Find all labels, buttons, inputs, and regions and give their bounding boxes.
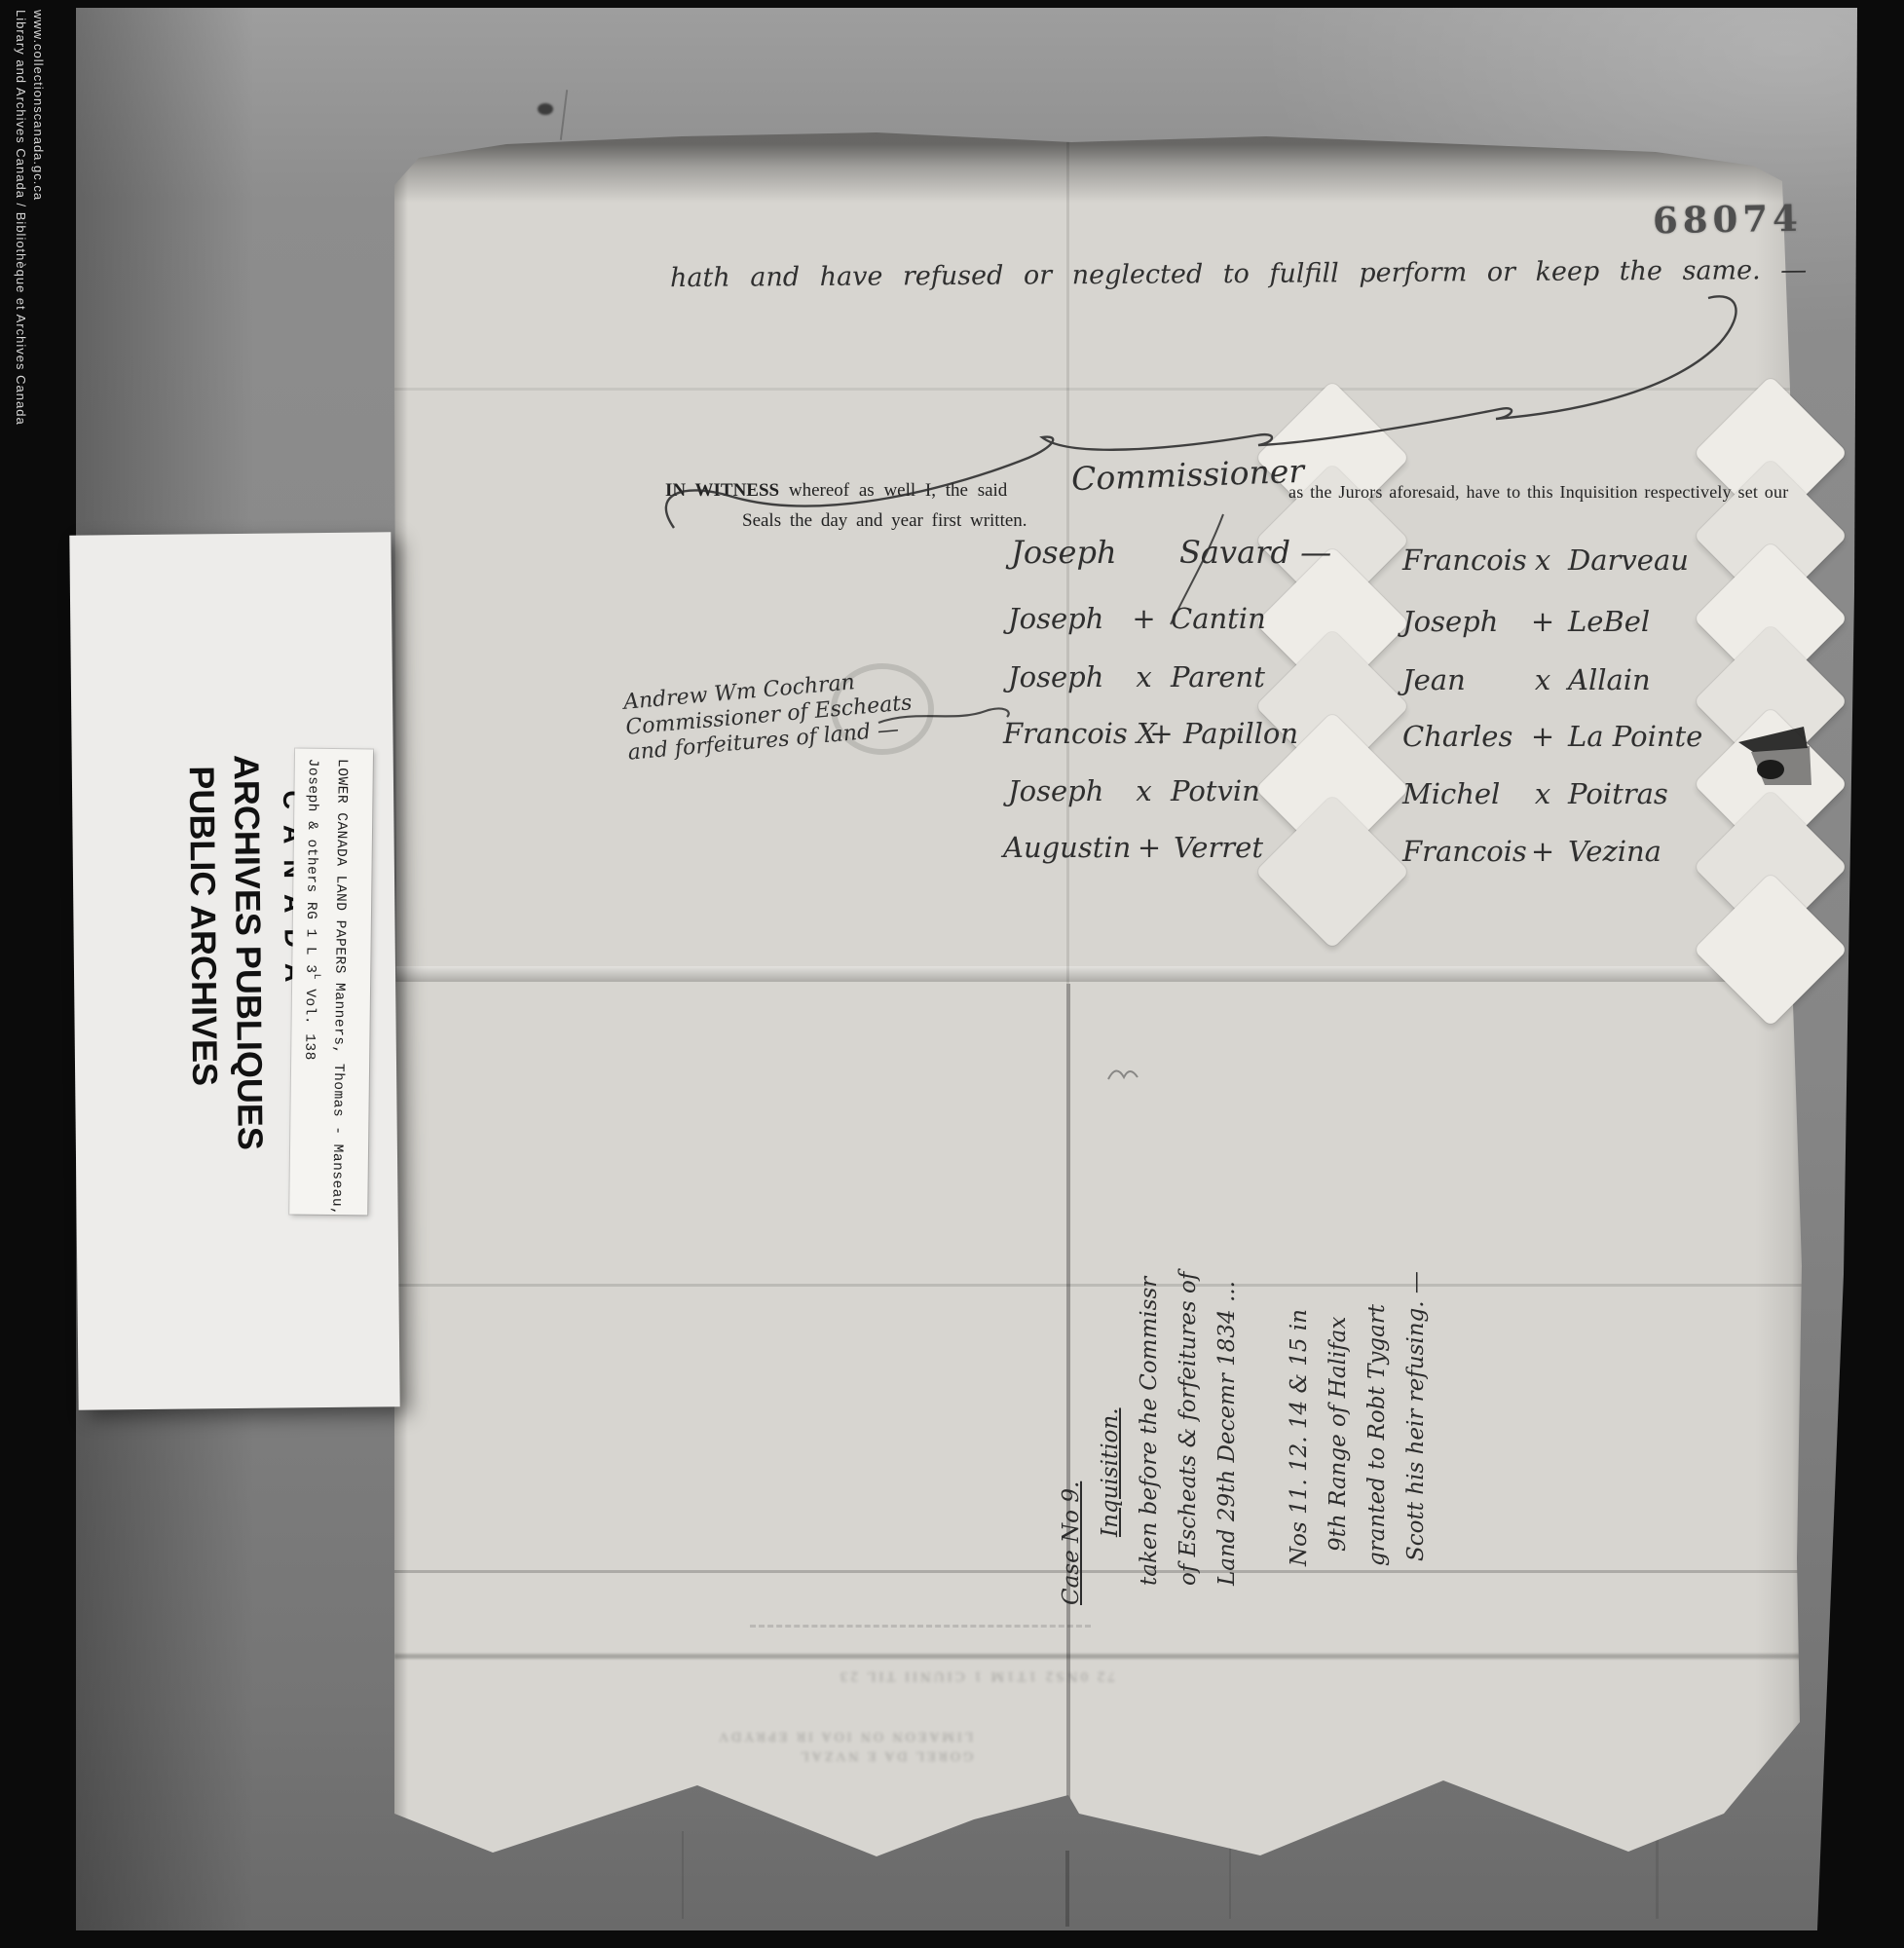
witness-clause-line1: IN WITNESS whereof as well I, the said: [665, 480, 1007, 502]
signature-mark: +: [1517, 835, 1568, 868]
signature-surname: Allain: [1568, 663, 1651, 696]
signature-row: Joseph + Cantin: [1008, 602, 1266, 635]
signature-surname: Verret: [1174, 831, 1263, 864]
docket-endorsement: Case No 9. Inquisition. taken before the…: [1052, 1274, 1480, 1605]
docket-line: 9th Range of Halifax: [1319, 1274, 1358, 1552]
bleedthrough-line: LIMAEON ON IOA IR EPRYDV: [716, 1726, 973, 1745]
docket-case-number: Case No 9.: [1052, 1274, 1091, 1605]
signature-mark: +: [1125, 831, 1174, 864]
docket-gap: [1247, 1274, 1280, 1605]
signature-mark: x: [1517, 777, 1568, 810]
signature-surname: Potvin: [1171, 774, 1260, 807]
bleedthrough-text: 72 0NS2 1T1M 1 CIUNII TIL 23: [838, 1667, 1115, 1684]
signature-given: Joseph: [1008, 774, 1117, 807]
signature-mark: x: [1117, 774, 1171, 807]
signature-surname: Vezina: [1568, 835, 1661, 868]
fold-crease-2: [394, 966, 1811, 982]
signature-row: Joseph Savard —: [1011, 534, 1331, 571]
signature-surname: Savard —: [1179, 534, 1331, 571]
envelope-title-english: PUBLIC ARCHIVES: [181, 766, 225, 1086]
signature-mark: +: [1517, 720, 1568, 753]
signature-mark: +: [1517, 605, 1568, 638]
fold-crease-1: [394, 388, 1811, 391]
inserted-word-commissioner: Commissioner: [1070, 452, 1304, 498]
witness-clause-line1-after: as the Jurors aforesaid, have to this In…: [1288, 482, 1788, 503]
bleedthrough-text: GOREL DA E NVZAL LIMAEON ON IOA IR EPRYD…: [716, 1726, 973, 1765]
document-sheet: [394, 127, 1811, 1870]
signature-row: Francois x Darveau: [1402, 543, 1689, 577]
file-label-line1: LOWER CANADA LAND PAPERS Manners, Thomas…: [328, 759, 350, 1216]
docket-line: Nos 11. 12. 14 & 15 in: [1280, 1274, 1319, 1566]
signature-row: Augustin + Verret: [1003, 831, 1263, 864]
signature-row: Joseph x Parent: [1008, 660, 1265, 693]
bleedthrough-line: GOREL DA E NVZAL: [716, 1745, 973, 1765]
signature-given: Francois X.: [1003, 717, 1139, 750]
backing-streak-2: [682, 1831, 684, 1919]
signature-surname: LeBel: [1568, 605, 1650, 638]
scanned-archive-photo: Library and Archives Canada / Bibliothèq…: [0, 0, 1904, 1948]
signature-given: Francois: [1402, 835, 1517, 868]
signature-mark: x: [1517, 543, 1568, 577]
backing-streak-3: [1229, 1841, 1231, 1919]
signature-surname: La Pointe: [1568, 720, 1702, 753]
backing-hole-spot: [538, 103, 553, 115]
signature-surname: Cantin: [1171, 602, 1266, 635]
signature-row: Charles + La Pointe: [1402, 720, 1702, 753]
signature-surname: Darveau: [1568, 543, 1689, 577]
signature-row: Joseph x Potvin: [1008, 774, 1260, 807]
file-label-line2-text: Joseph & others RG 1 L 3: [302, 759, 320, 974]
file-label-volume: Vol. 138: [301, 980, 317, 1061]
signature-mark: x: [1117, 660, 1171, 693]
signature-mark: +: [1139, 717, 1183, 750]
signature-given: Michel: [1402, 777, 1517, 810]
docket-line: Scott his heir refusing. —: [1397, 1274, 1436, 1561]
signature-mark: x: [1517, 663, 1568, 696]
page-number-stamp: 68074: [1653, 197, 1803, 243]
docket-title: Inquisition.: [1091, 1274, 1130, 1537]
signature-given: Joseph: [1008, 602, 1117, 635]
envelope-title-french: ARCHIVES PUBLIQUES: [226, 755, 271, 1150]
signature-surname: Parent: [1171, 660, 1265, 693]
signature-mark: +: [1117, 602, 1171, 635]
witness-clause-line2: Seals the day and year first written.: [742, 510, 1027, 532]
signature-surname: Poitras: [1568, 777, 1668, 810]
signature-row: Francois X. + Papillon: [1003, 717, 1298, 750]
fold-crease-5: [394, 1654, 1811, 1659]
signature-given: Joseph: [1011, 534, 1126, 571]
witness-clause-emphasis: IN WITNESS: [665, 480, 779, 501]
signature-surname: Papillon: [1183, 717, 1298, 750]
signature-row: Michel x Poitras: [1402, 777, 1668, 810]
docket-line: granted to Robt Tygart: [1358, 1274, 1397, 1566]
signature-given: Joseph: [1402, 605, 1517, 638]
archive-credit-line: Library and Archives Canada / Bibliothèq…: [14, 10, 28, 426]
witness-clause-rest: whereof as well I, the said: [789, 480, 1007, 501]
archive-url-line: www.collectionscanada.gc.ca: [31, 10, 46, 201]
docket-line: taken before the Commissr: [1130, 1274, 1169, 1586]
file-reference-label: LOWER CANADA LAND PAPERS Manners, Thomas…: [289, 748, 373, 1215]
bleedthrough-rule: [750, 1625, 1091, 1628]
file-label-line2: Joseph & others RG 1 L 3L Vol. 138: [301, 759, 324, 1061]
signature-given: Jean: [1402, 663, 1517, 696]
signature-row: Jean x Allain: [1402, 663, 1651, 696]
signature-given: Joseph: [1008, 660, 1117, 693]
archive-envelope: PUBLIC ARCHIVES ARCHIVES PUBLIQUES CANAD…: [69, 532, 399, 1409]
docket-line: of Escheats & forfeitures of: [1169, 1274, 1208, 1586]
backing-crease-streak: [1065, 1851, 1069, 1927]
signature-given: Charles: [1402, 720, 1517, 753]
signature-given: Francois: [1402, 543, 1517, 577]
signature-given: Augustin: [1003, 831, 1125, 864]
docket-line: Land 29th Decemr 1834 ...: [1208, 1274, 1247, 1586]
signature-row: Joseph + LeBel: [1402, 605, 1650, 638]
signature-row: Francois + Vezina: [1402, 835, 1661, 868]
